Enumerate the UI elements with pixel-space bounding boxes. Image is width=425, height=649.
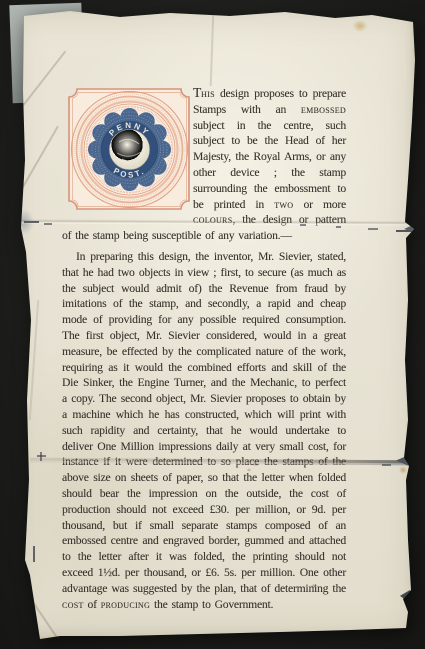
pencil-mark	[33, 546, 35, 562]
lead-capital: T	[193, 85, 201, 100]
smallcaps-two: two	[274, 198, 293, 211]
stamp-float-spacer	[62, 85, 193, 213]
smallcaps-embossed: embossed	[301, 103, 346, 116]
edge-fold-notch	[396, 455, 409, 466]
pencil-mark	[44, 223, 52, 225]
body-paragraph: In preparing this design, the inventor, …	[62, 249, 346, 612]
corner-crease	[12, 51, 66, 120]
corner-crease	[24, 590, 58, 639]
printed-text-block: This design proposes to prepare Stamps w…	[62, 85, 346, 612]
pencil-mark	[300, 224, 306, 226]
document-paper: PENNY POST. This design proposes to prep…	[0, 0, 425, 649]
photo-background: PENNY POST. This design proposes to prep…	[0, 0, 425, 649]
edge-fold-notch	[404, 224, 415, 233]
paper-shadow-wrapper: PENNY POST. This design proposes to prep…	[0, 0, 425, 649]
smallcaps-producing: producing	[101, 598, 150, 611]
edge-fold-notch	[400, 590, 410, 603]
pencil-mark	[382, 464, 391, 466]
pencil-mark	[368, 228, 378, 230]
intro-paragraph: This design proposes to prepare Stamps w…	[62, 85, 346, 244]
hanging-line: the stamp being susceptible of any varia…	[75, 229, 292, 242]
pencil-mark	[336, 226, 341, 228]
pencil-mark	[40, 452, 42, 461]
paper-crease	[29, 300, 39, 420]
corner-crease	[11, 126, 58, 206]
smallcaps-colours: colours	[193, 213, 232, 226]
smallcaps-cost: cost	[62, 598, 84, 611]
paper-crease	[210, 12, 214, 86]
pencil-mark	[24, 221, 39, 223]
